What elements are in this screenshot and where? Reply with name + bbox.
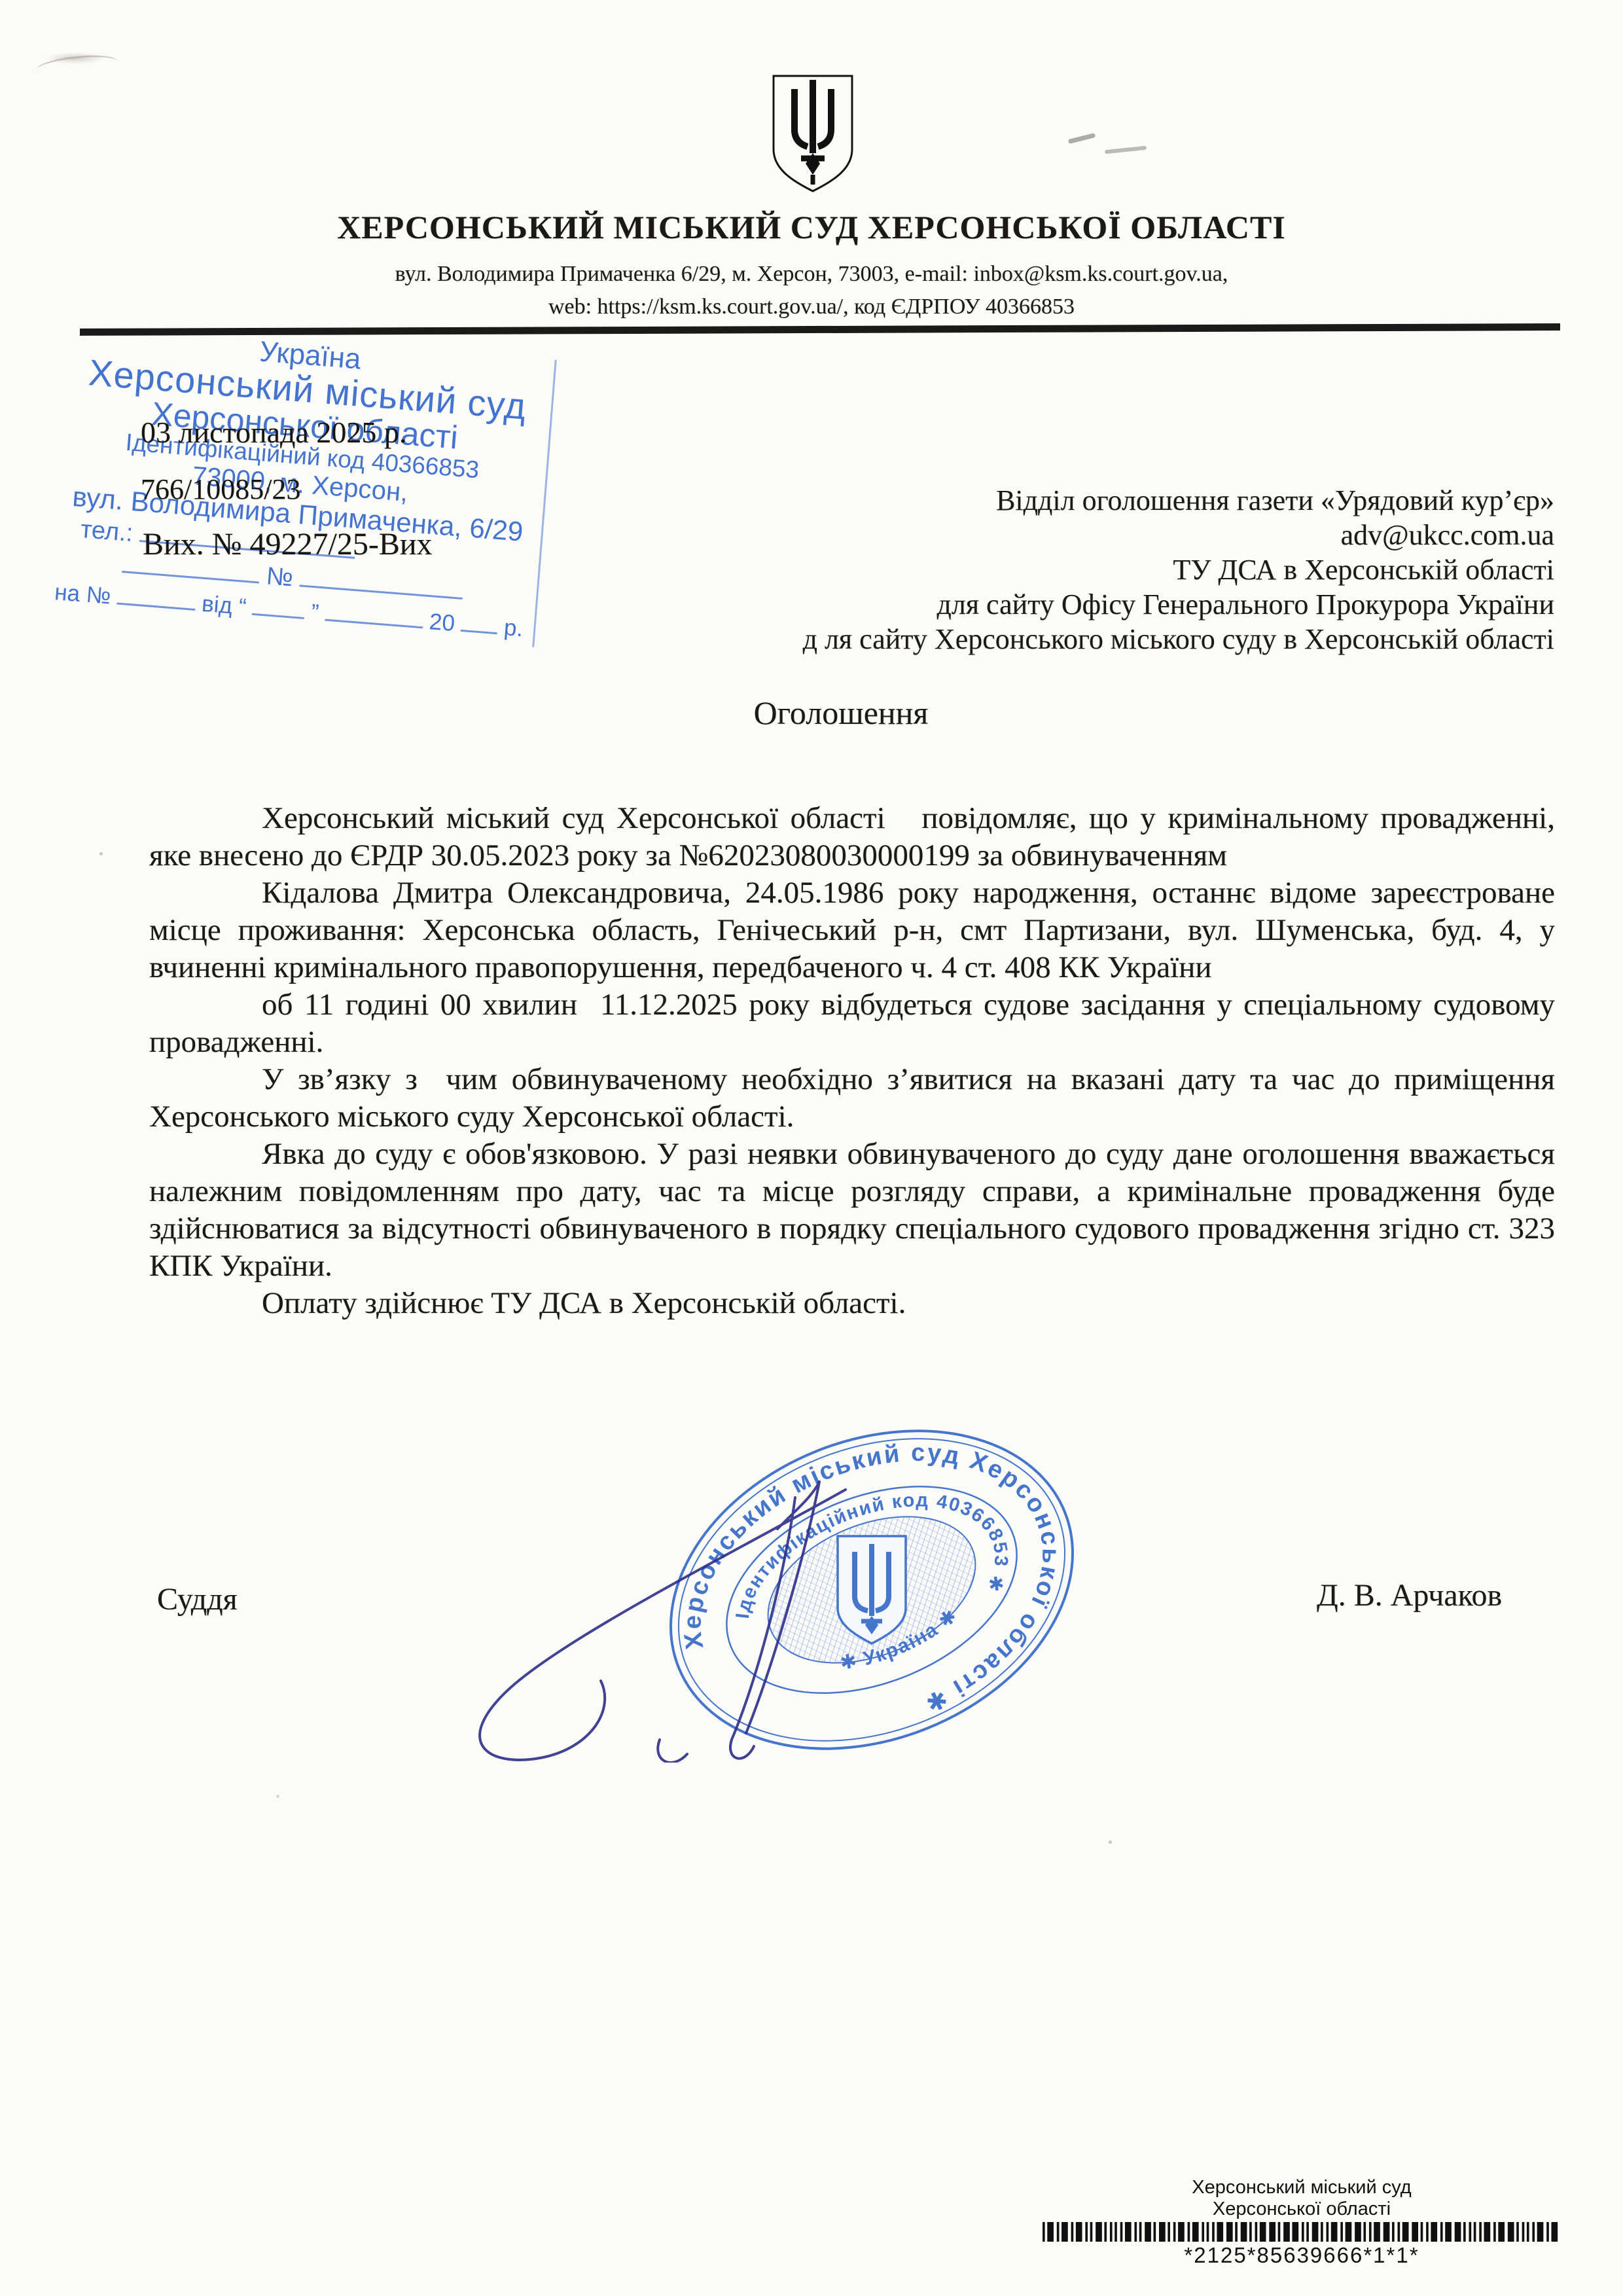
footer-registration-block: Херсонський міський суд Херсонської обла…: [1036, 2177, 1567, 2267]
document-title: Оголошення: [0, 694, 1623, 732]
body-paragraph: Херсонський міський суд Херсонської обла…: [149, 800, 1555, 874]
trident-emblem-icon: [767, 72, 859, 196]
court-web-line: web: https://ksm.ks.court.gov.ua/, код Є…: [0, 295, 1623, 319]
stamp-year-prefix: 20: [429, 609, 456, 636]
stamp-number-label: №: [265, 562, 294, 592]
recipient-line: для сайту Офісу Генерального Прокурора У…: [687, 587, 1554, 622]
judge-name: Д. В. Арчаков: [1317, 1577, 1502, 1613]
recipient-line: adv@ukcc.com.ua: [687, 518, 1554, 552]
scan-mark: [1105, 146, 1147, 154]
payment-line: Оплату здійснює ТУ ДСА в Херсонській обл…: [149, 1285, 1555, 1322]
recipient-line: Відділ оголошення газети «Урядовий кур’є…: [687, 483, 1554, 518]
recipient-line: д ля сайту Херсонського міського суду в …: [687, 622, 1554, 656]
stamp-blank-line: [252, 594, 306, 619]
scan-mark: [1068, 133, 1096, 144]
recipient-line: ТУ ДСА в Херсонській області: [687, 552, 1554, 587]
body-paragraph: Явка до суду є обов'язковою. У разі неяв…: [149, 1136, 1555, 1285]
court-corner-stamp: Україна Херсонський міський суд Херсонсь…: [50, 322, 556, 647]
recipient-block: Відділ оголошення газети «Урядовий кур’є…: [687, 483, 1554, 656]
judge-role-label: Суддя: [157, 1581, 238, 1617]
judge-signature: [419, 1458, 877, 1763]
court-address-line: вул. Володимира Примаченка 6/29, м. Херс…: [0, 262, 1623, 287]
announcement-body: Херсонський міський суд Херсонської обла…: [149, 800, 1555, 1322]
body-paragraph: об 11 годині 00 хвилин 11.12.2025 року в…: [149, 986, 1555, 1061]
barcode-bars: [1043, 2222, 1561, 2242]
footer-region-line: Херсонської області: [1036, 2198, 1567, 2220]
stamp-blank-line: [116, 583, 196, 611]
stamp-blank-line: [461, 610, 499, 634]
scanned-court-letter: ХЕРСОНСЬКИЙ МІСЬКИЙ СУД ХЕРСОНСЬКОЇ ОБЛА…: [0, 0, 1623, 2296]
case-number: 766/10085/23: [141, 473, 300, 506]
stamp-quote: ”: [310, 600, 320, 626]
barcode: [1043, 2222, 1561, 2242]
stamp-na-no-label: на №: [54, 579, 112, 609]
court-header-title: ХЕРСОНСЬКИЙ МІСЬКИЙ СУД ХЕРСОНСЬКОЇ ОБЛА…: [0, 208, 1623, 246]
body-paragraph: У зв’язку з чим обвинуваченому необхідно…: [149, 1061, 1555, 1136]
stamp-vid-label: від “: [201, 591, 247, 620]
header-divider-rule: [80, 323, 1560, 336]
scan-speck: [276, 1795, 279, 1798]
outgoing-date: 03 листопада 2025 р.: [141, 415, 406, 450]
scan-speck: [1109, 1840, 1112, 1844]
stamp-blank-line: [325, 600, 424, 629]
stamp-year-suffix: р.: [503, 615, 524, 641]
scan-speck: [99, 852, 103, 855]
barcode-number: *2125*85639666*1*1*: [1036, 2243, 1567, 2267]
outgoing-number: Вих. № 49227/25-Вих: [143, 526, 433, 562]
stamp-tel-label: тел.:: [80, 516, 134, 547]
footer-court-line: Херсонський міський суд: [1036, 2177, 1567, 2198]
body-paragraph: Кідалова Дмитра Олександровича, 24.05.19…: [149, 874, 1555, 986]
